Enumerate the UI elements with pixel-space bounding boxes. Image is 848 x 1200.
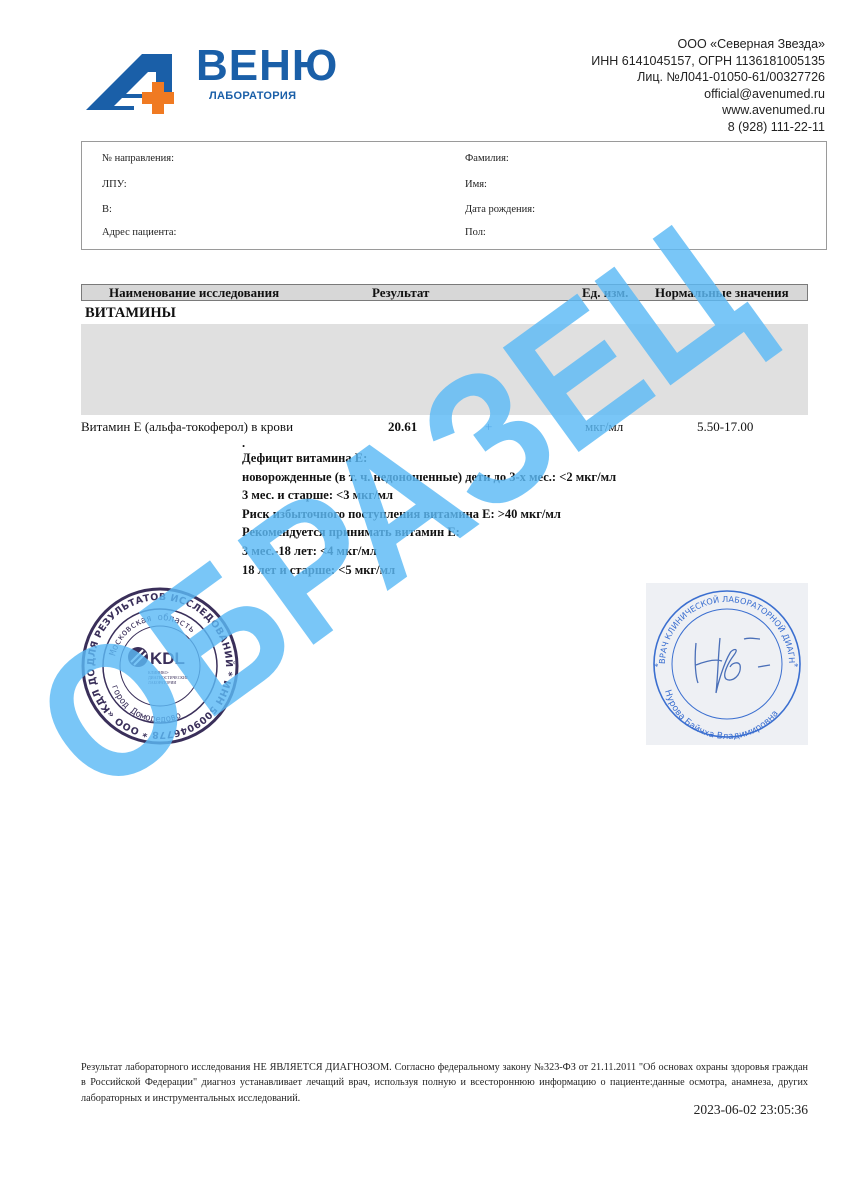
note-line: 3 мес.-18 лет: <4 мкг/мл <box>242 542 616 561</box>
logo-word: ВЕНЮ <box>196 44 338 88</box>
lab-stamp: ДЛЯ РЕЗУЛЬТАТОВ ИССЛЕДОВАНИЙ * ИНН 50090… <box>80 586 240 746</box>
col-reference: Нормальные значения <box>655 285 789 301</box>
company-inn-ogrn: ИНН 6141045157, ОГРН 1136181005135 <box>591 53 825 70</box>
note-line: . <box>242 437 616 449</box>
svg-text:*: * <box>654 662 659 672</box>
company-website: www.avenumed.ru <box>591 102 825 119</box>
field-name: Имя: <box>465 179 487 190</box>
result-notes: . Дефицит витамина Е: новорожденные (в т… <box>242 437 616 579</box>
patient-info-box: № направления: ЛПУ: В: Адрес пациента: Ф… <box>81 141 827 250</box>
note-line: новорожденные (в т. ч. недоношенные) дет… <box>242 468 616 487</box>
logo-subtitle: ЛАБОРАТОРИЯ <box>209 90 296 102</box>
field-surname: Фамилия: <box>465 153 509 164</box>
svg-text:Нурова Байчха Владимировна: Нурова Байчха Владимировна <box>662 689 781 742</box>
note-line: Дефицит витамина Е: <box>242 449 616 468</box>
col-result: Результат <box>372 285 429 301</box>
svg-text:ЛАБОРАТОРИИ: ЛАБОРАТОРИИ <box>148 680 176 685</box>
field-birth-date: Дата рождения: <box>465 204 535 215</box>
note-line: Риск избыточного поступления витамина Е:… <box>242 505 616 524</box>
field-v: В: <box>102 204 112 215</box>
field-lpu: ЛПУ: <box>102 179 127 190</box>
svg-text:ВРАЧ КЛИНИЧЕСКОЙ ЛАБОРАТОРНОЙ: ВРАЧ КЛИНИЧЕСКОЙ ЛАБОРАТОРНОЙ ДИАГНОСТИК… <box>646 583 797 664</box>
section-band <box>81 324 808 415</box>
svg-text:KDL: KDL <box>150 649 185 668</box>
col-test-name: Наименование исследования <box>109 285 279 301</box>
test-name: Витамин Е (альфа-токоферол) в крови <box>81 418 293 436</box>
note-line: 3 мес. и старше: <3 мкг/мл <box>242 486 616 505</box>
svg-text:*: * <box>794 662 799 672</box>
test-result: 20.61 <box>388 418 417 436</box>
company-name: ООО «Северная Звезда» <box>591 36 825 53</box>
print-timestamp: 2023-06-02 23:05:36 <box>694 1102 808 1118</box>
company-email: official@avenumed.ru <box>591 86 825 103</box>
table-row: Витамин Е (альфа-токоферол) в крови 20.6… <box>81 418 808 436</box>
doctor-stamp-seal-icon: ВРАЧ КЛИНИЧЕСКОЙ ЛАБОРАТОРНОЙ ДИАГНОСТИК… <box>646 583 808 745</box>
field-referral-number: № направления: <box>102 153 174 164</box>
test-unit: мкг/мл <box>585 418 623 436</box>
company-phone: 8 (928) 111-22-11 <box>591 119 825 136</box>
company-info: ООО «Северная Звезда» ИНН 6141045157, ОГ… <box>591 36 825 135</box>
section-title: ВИТАМИНЫ <box>85 305 176 322</box>
note-line: Рекомендуется принимать витамин Е: <box>242 523 616 542</box>
results-table-header: Наименование исследования Результат Ед. … <box>81 284 808 301</box>
doctor-stamp: ВРАЧ КЛИНИЧЕСКОЙ ЛАБОРАТОРНОЙ ДИАГНОСТИК… <box>646 583 808 745</box>
col-unit: Ед. изм. <box>582 285 628 301</box>
company-license: Лиц. №Л041-01050-61/00327726 <box>591 69 825 86</box>
company-logo: ВЕНЮ ЛАБОРАТОРИЯ <box>84 48 334 114</box>
field-patient-address: Адрес пациента: <box>102 227 176 238</box>
field-sex: Пол: <box>465 227 486 238</box>
legal-disclaimer: Результат лабораторного исследования НЕ … <box>81 1060 808 1106</box>
logo-a-plus-icon <box>84 48 204 114</box>
test-reference: 5.50-17.00 <box>697 418 753 436</box>
lab-stamp-seal-icon: ДЛЯ РЕЗУЛЬТАТОВ ИССЛЕДОВАНИЙ * ИНН 50090… <box>80 586 240 746</box>
note-line: 18 лет и старше: <5 мкг/мл <box>242 561 616 580</box>
test-flag: + <box>485 418 492 436</box>
